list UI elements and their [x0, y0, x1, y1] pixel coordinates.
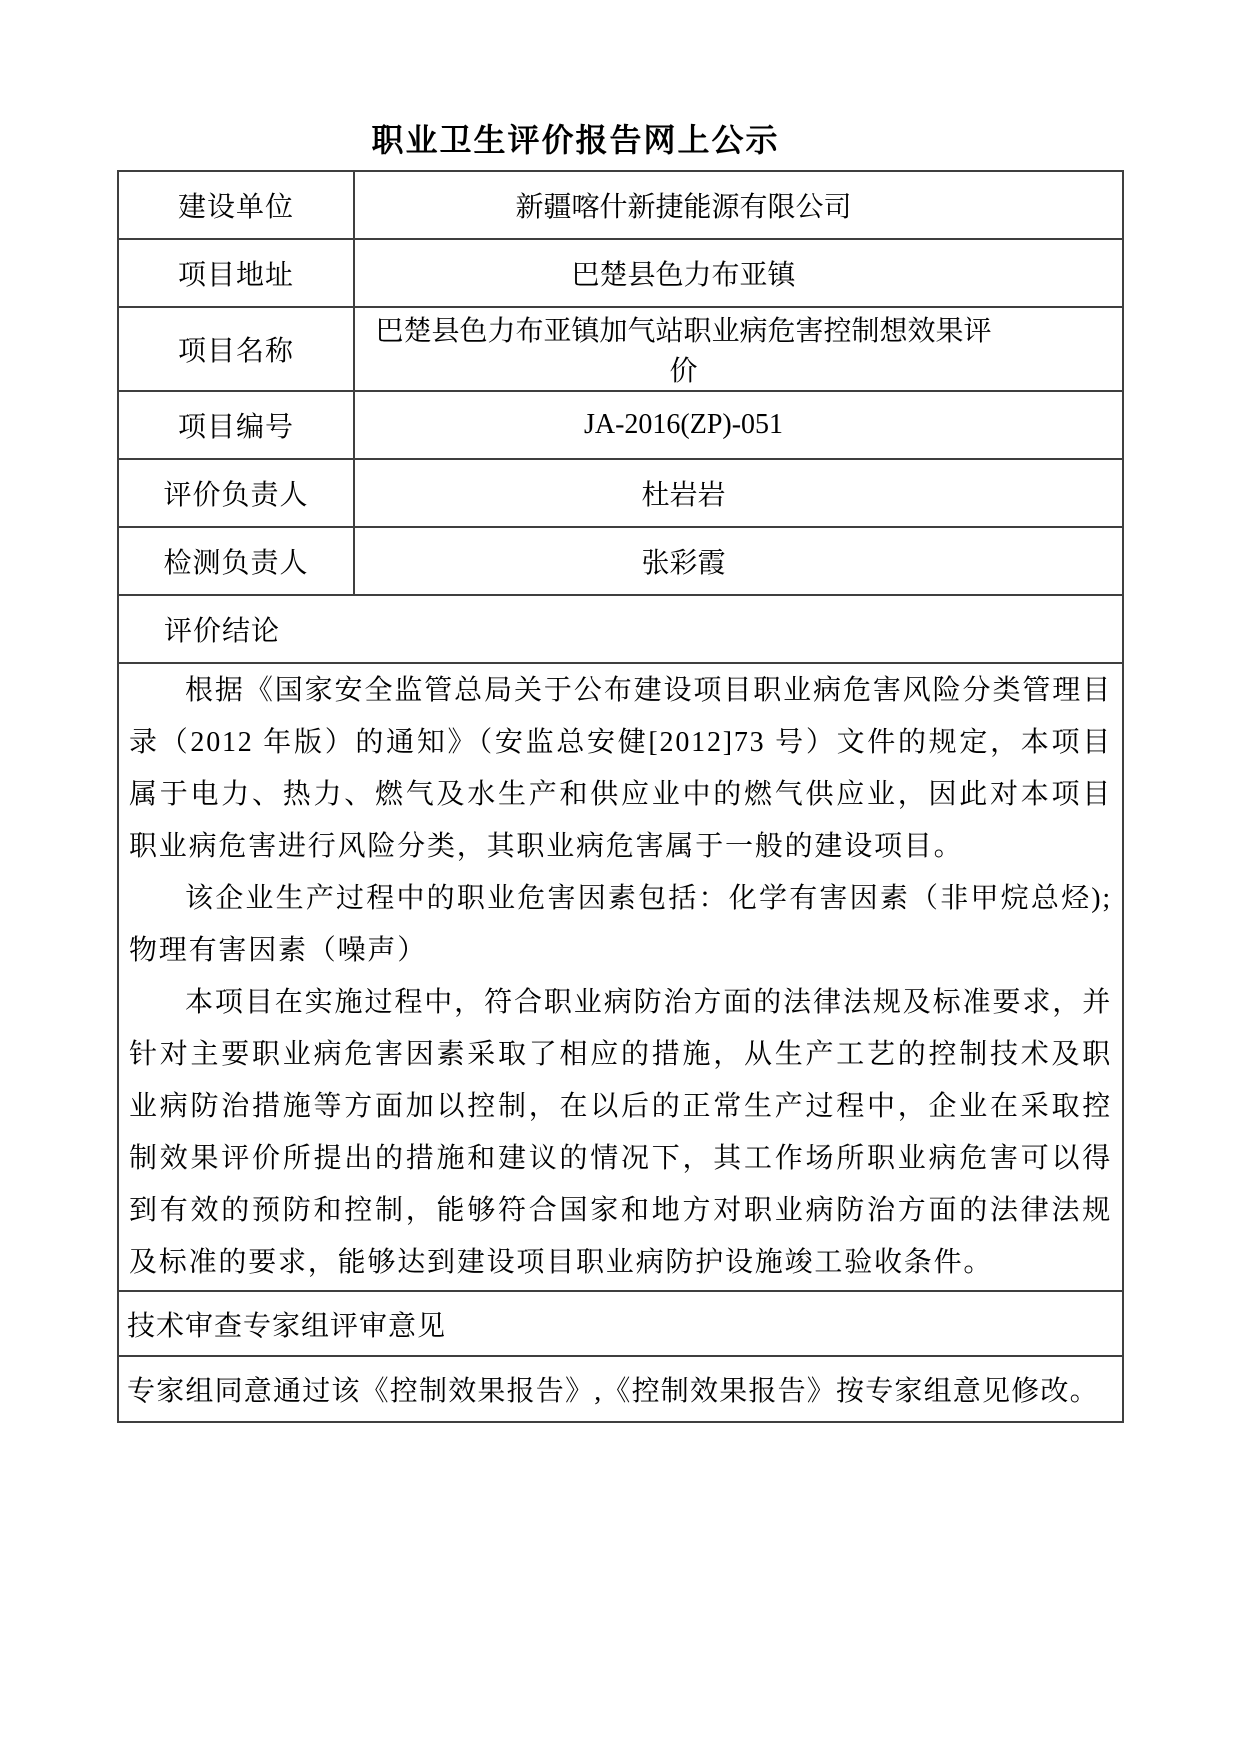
construction-unit-value: 新疆喀什新捷能源有限公司 — [354, 171, 1123, 239]
project-number-label: 项目编号 — [118, 391, 354, 459]
table-row-testing-leader: 检测负责人 张彩霞 — [118, 527, 1123, 595]
expert-header-label: 技术审查专家组评审意见 — [118, 1291, 1123, 1356]
table-row-construction-unit: 建设单位 新疆喀什新捷能源有限公司 — [118, 171, 1123, 239]
expert-opinion-text: 专家组同意通过该《控制效果报告》,《控制效果报告》按专家组意见修改。 — [118, 1356, 1123, 1422]
page-title: 职业卫生评价报告网上公示 — [72, 0, 1079, 164]
evaluation-leader-value: 杜岩岩 — [354, 459, 1123, 527]
report-table: 建设单位 新疆喀什新捷能源有限公司 项目地址 巴楚县色力布亚镇 项目名称 巴楚县… — [117, 170, 1124, 1423]
conclusion-body: 根据《国家安全监管总局关于公布建设项目职业病危害风险分类管理目录（2012 年版… — [118, 663, 1123, 1291]
construction-unit-label: 建设单位 — [118, 171, 354, 239]
document-page: 职业卫生评价报告网上公示 建设单位 新疆喀什新捷能源有限公司 项目地址 巴楚县色… — [0, 0, 1241, 1755]
table-row-evaluation-leader: 评价负责人 杜岩岩 — [118, 459, 1123, 527]
project-name-value: 巴楚县色力布亚镇加气站职业病危害控制想效果评价 — [354, 307, 1123, 391]
table-row-conclusion-body: 根据《国家安全监管总局关于公布建设项目职业病危害风险分类管理目录（2012 年版… — [118, 663, 1123, 1291]
evaluation-leader-label: 评价负责人 — [118, 459, 354, 527]
conclusion-paragraph-2: 该企业生产过程中的职业危害因素包括：化学有害因素（非甲烷总烃);物理有害因素（噪… — [129, 873, 1112, 977]
project-number-value: JA-2016(ZP)-051 — [354, 391, 1123, 459]
testing-leader-value: 张彩霞 — [354, 527, 1123, 595]
table-row-conclusion-header: 评价结论 — [118, 595, 1123, 663]
table-row-project-address: 项目地址 巴楚县色力布亚镇 — [118, 239, 1123, 307]
conclusion-paragraph-1: 根据《国家安全监管总局关于公布建设项目职业病危害风险分类管理目录（2012 年版… — [129, 665, 1112, 873]
project-address-value: 巴楚县色力布亚镇 — [354, 239, 1123, 307]
project-address-label: 项目地址 — [118, 239, 354, 307]
conclusion-header-label: 评价结论 — [118, 595, 1123, 663]
conclusion-paragraph-3: 本项目在实施过程中，符合职业病防治方面的法律法规及标准要求，并针对主要职业病危害… — [129, 977, 1112, 1289]
table-row-project-name: 项目名称 巴楚县色力布亚镇加气站职业病危害控制想效果评价 — [118, 307, 1123, 391]
table-row-expert-header: 技术审查专家组评审意见 — [118, 1291, 1123, 1356]
table-row-project-number: 项目编号 JA-2016(ZP)-051 — [118, 391, 1123, 459]
testing-leader-label: 检测负责人 — [118, 527, 354, 595]
project-name-label: 项目名称 — [118, 307, 354, 391]
table-row-expert-opinion: 专家组同意通过该《控制效果报告》,《控制效果报告》按专家组意见修改。 — [118, 1356, 1123, 1422]
